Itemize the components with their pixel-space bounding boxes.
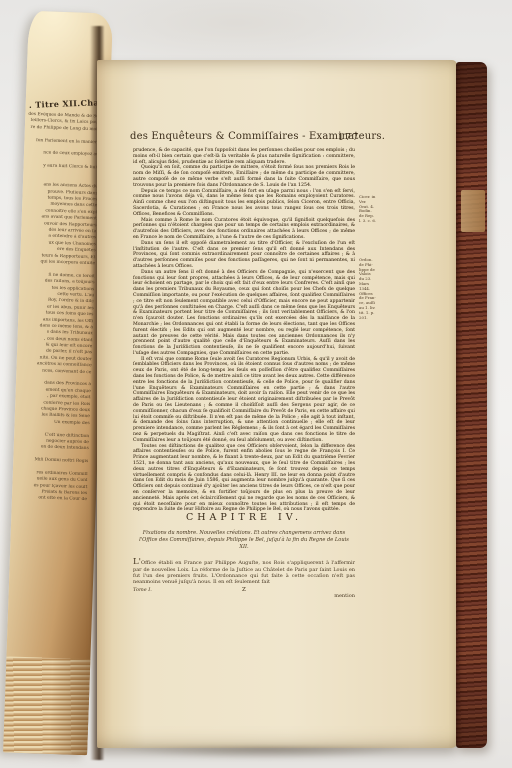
- left-page-text-fragment: ont eſté en la Cour de: [15, 495, 87, 504]
- page-edges-stack: [3, 656, 90, 755]
- running-head-title: des Enquêteurs & Commiſſaires - Examinat…: [130, 131, 332, 142]
- paragraph: Depuis ce temps ce nom Commiſſaire, a ét…: [133, 189, 355, 218]
- fore-edge-binding: [456, 62, 487, 748]
- left-page-content: . Titre XII.Chap.III. des Evêques de Man…: [15, 95, 101, 504]
- book-shadow: [70, 747, 460, 763]
- margin-note-citation: Cicer. inVer.Orat. 4.Bodin.de Rep.l. 3. …: [359, 195, 386, 224]
- paragraph: Mais comme à Rome le nom Curatores étoit…: [133, 218, 355, 241]
- page-footer: Tome I. Z mention: [133, 587, 355, 601]
- margin-note-line: 201.: [359, 316, 386, 321]
- right-page: des Enquêteurs & Commiſſaires - Examinat…: [97, 60, 457, 748]
- catchword: mention: [334, 593, 355, 599]
- photo-backdrop: . Titre XII.Chap.III. des Evêques de Man…: [0, 0, 512, 768]
- paragraph: Quoiqu'il en ſoit, comme du participe de…: [133, 165, 355, 188]
- paragraph: Il eſt vrai que comme Rome ſeule avoit ſ…: [133, 357, 355, 444]
- margin-note-ordonnance: Ordon.de Phi-lippe deValoisdu 23.Mars134…: [359, 258, 386, 320]
- main-text-block: prudence, & de capacité, que l'on ſuppoſ…: [133, 148, 355, 513]
- left-page-text-fragments: des Evêques de Mande & de Soiſſſeillers-…: [15, 112, 101, 504]
- paragraph: Dans un ſens il eſt oppoſé diametralemen…: [133, 241, 355, 270]
- margin-note-line: l. 3. c. 6.: [359, 219, 386, 224]
- paragraph: prudence, & de capacité, que l'on ſuppoſ…: [133, 148, 355, 165]
- chapter-summary: Fixations du nombre. Nouvelles créations…: [137, 530, 351, 550]
- paragraph: Dans un autre ſens il eſt donné à des Of…: [133, 270, 355, 357]
- page-number: 177: [338, 133, 360, 143]
- chapter-body: L'Office établi en France par Philippe A…: [133, 558, 355, 585]
- signature-mark: Z: [133, 587, 355, 593]
- chapter-heading: CHAPITRE IV.: [133, 512, 355, 523]
- paragraph: Toutes ces diſtinctions de qualitez que …: [133, 444, 355, 514]
